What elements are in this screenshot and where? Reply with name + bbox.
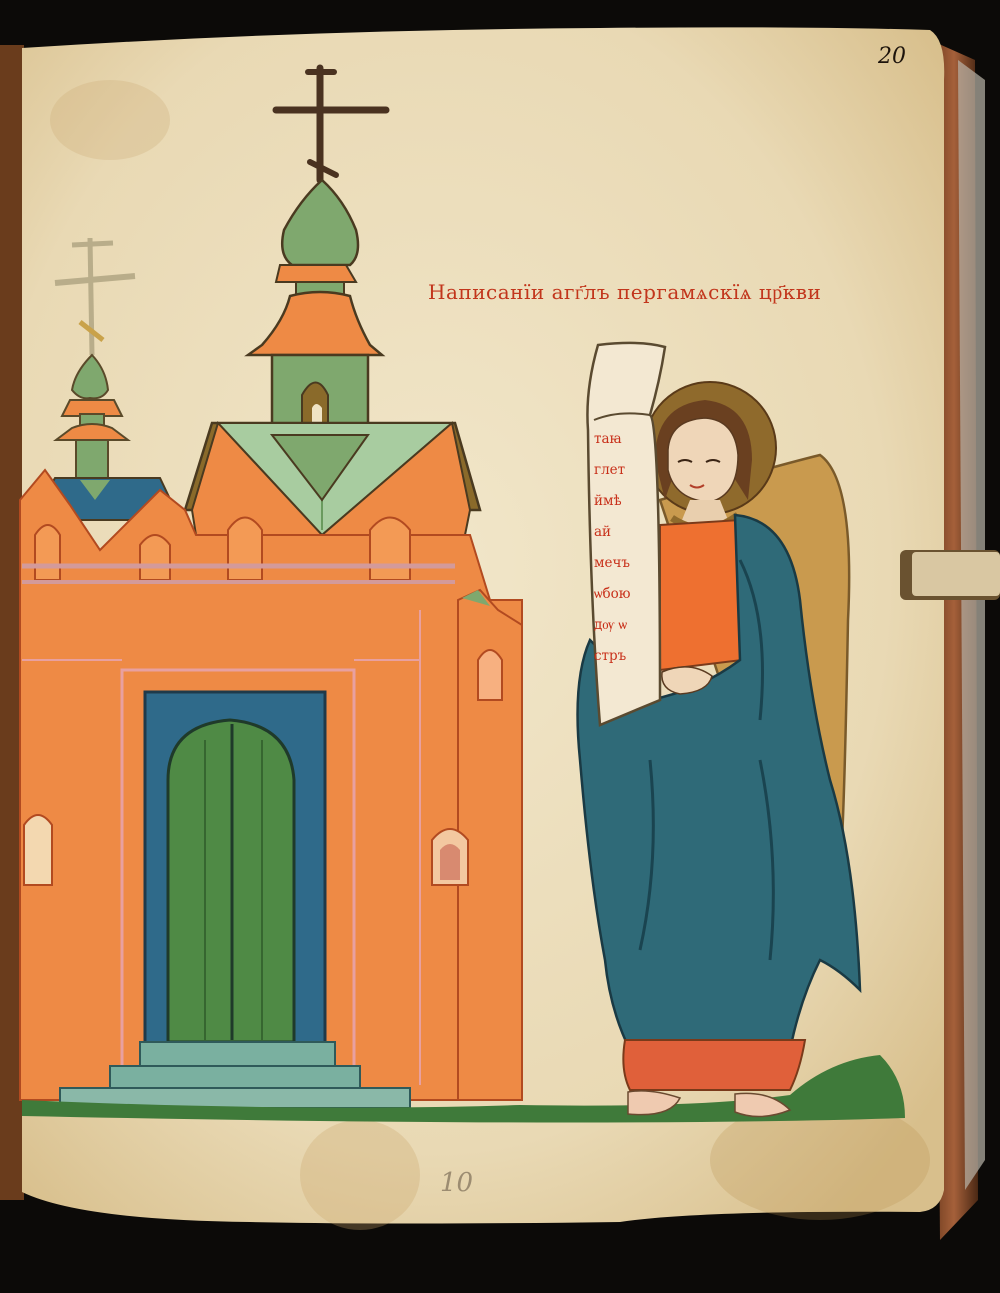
scroll-line: дѹ ѡ (594, 610, 652, 641)
scroll-inscription: таꙗ глет ймѣ ай мечъ ѡбою дѹ ѡ стръ (594, 424, 652, 672)
scroll-line: ай (594, 517, 652, 548)
manuscript-illustration (0, 0, 1000, 1293)
manuscript-page-view: 20 Написанїи агг҃лъ пергамѧскїѧ цр҃кви т… (0, 0, 1000, 1293)
bookmark-tab (900, 550, 1000, 600)
scroll-line: ѡбою (594, 579, 652, 610)
scroll-line: таꙗ (594, 424, 652, 455)
scroll-line: ймѣ (594, 486, 652, 517)
scroll-line: глет (594, 455, 652, 486)
pencil-page-number: 10 (440, 1168, 473, 1198)
rubric-caption: Написанїи агг҃лъ пергамѧскїѧ цр҃кви (428, 280, 821, 305)
folio-number: 20 (878, 44, 906, 69)
scroll-line: стръ (594, 641, 652, 672)
scroll-line: мечъ (594, 548, 652, 579)
